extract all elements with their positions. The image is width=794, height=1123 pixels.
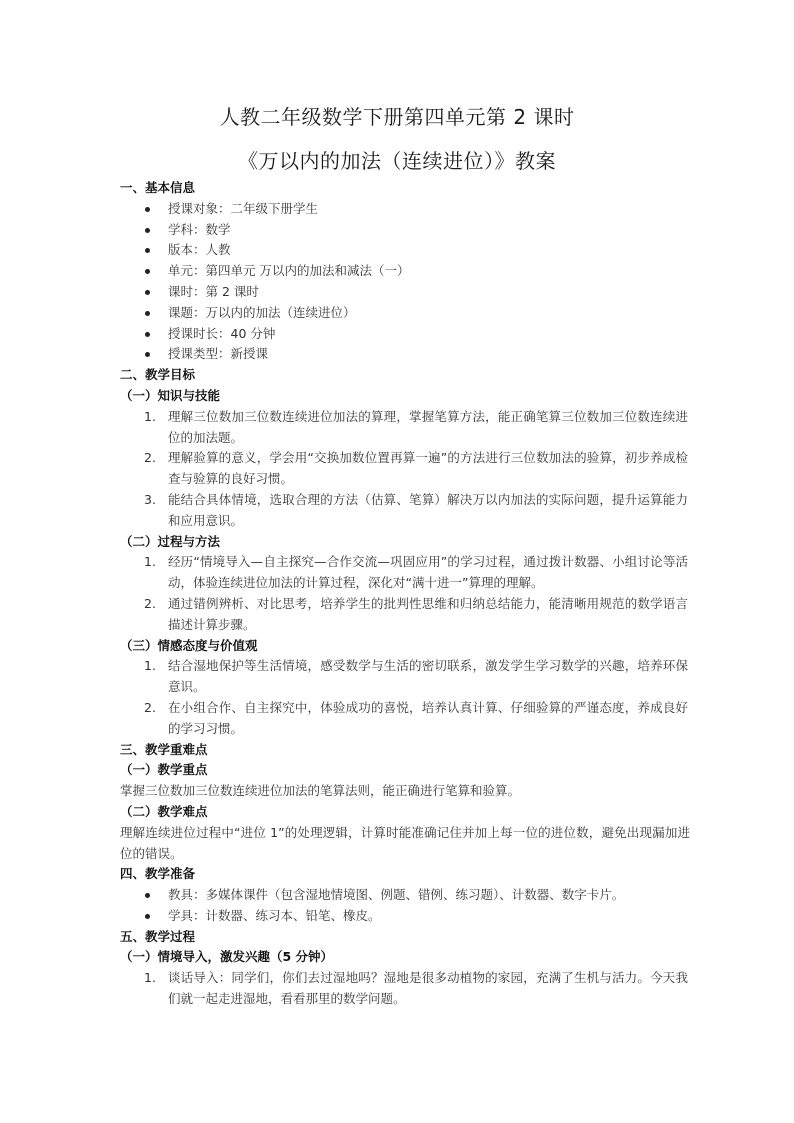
list-item: 授课时长：40 分钟 [120, 324, 690, 345]
section-heading-basic-info: 一、基本信息 [120, 178, 690, 199]
bullet-icon [145, 248, 150, 253]
difficulty-text: 理解连续进位过程中“进位 1”的处理逻辑，计算时能准确记住并加上每一位的进位数，… [120, 823, 690, 865]
list-item: 教具：多媒体课件（包含湿地情境图、例题、错例、练习题）、计数器、数字卡片。 [120, 885, 690, 906]
bullet-icon [145, 914, 150, 919]
list-item: 1.谈话导入：同学们，你们去过湿地吗？湿地是很多动植物的家园，充满了生机与活力。… [120, 968, 690, 1010]
list-item: 课题：万以内的加法（连续进位） [120, 303, 690, 324]
attitude-list: 1.结合湿地保护等生活情境，感受数学与生活的密切联系，激发学生学习数学的兴趣，培… [120, 656, 690, 739]
list-item: 3.能结合具体情境，选取合理的方法（估算、笔算）解决万以内加法的实际问题，提升运… [120, 490, 690, 532]
list-item: 课时：第 2 课时 [120, 282, 690, 303]
list-item: 学科：数学 [120, 220, 690, 241]
list-item: 版本：人教 [120, 240, 690, 261]
list-item: 2.通过错例辨析、对比思考，培养学生的批判性思维和归纳总结能力，能清晰用规范的数… [120, 594, 690, 636]
bullet-icon [145, 311, 150, 316]
list-item: 授课对象：二年级下册学生 [120, 199, 690, 220]
list-item: 2.理解验算的意义，学会用“交换加数位置再算一遍”的方法进行三位数加法的验算，初… [120, 448, 690, 490]
intro-list: 1.谈话导入：同学们，你们去过湿地吗？湿地是很多动植物的家园，充满了生机与活力。… [120, 968, 690, 1010]
subsection-heading-attitude: （三）情感态度与价值观 [120, 636, 690, 657]
subsection-heading-process-method: （二）过程与方法 [120, 532, 690, 553]
focus-text: 掌握三位数加三位数连续进位加法的笔算法则，能正确进行笔算和验算。 [120, 781, 690, 802]
document-title-line2: 《万以内的加法（连续进位）》教案 [0, 145, 794, 174]
subsection-heading-focus: （一）教学重点 [120, 760, 690, 781]
section-heading-objectives: 二、教学目标 [120, 365, 690, 386]
document-page: 人教二年级数学下册第四单元第 2 课时 《万以内的加法（连续进位）》教案 一、基… [0, 0, 794, 1123]
list-item: 2.在小组合作、自主探究中，体验成功的喜悦，培养认真计算、仔细验算的严谨态度，养… [120, 698, 690, 740]
list-item: 学具：计数器、练习本、铅笔、橡皮。 [120, 906, 690, 927]
list-item: 1.理解三位数加三位数连续进位加法的算理，掌握笔算方法，能正确笔算三位数加三位数… [120, 407, 690, 449]
list-item: 授课类型：新授课 [120, 344, 690, 365]
list-item: 1.经历“情境导入—自主探究—合作交流—巩固应用”的学习过程，通过拨计数器、小组… [120, 552, 690, 594]
section-heading-key-points: 三、教学重难点 [120, 740, 690, 761]
list-item: 单元：第四单元 万以内的加法和减法（一） [120, 261, 690, 282]
bullet-icon [145, 290, 150, 295]
bullet-icon [145, 893, 150, 898]
subsection-heading-intro: （一）情境导入，激发兴趣（5 分钟） [120, 947, 690, 968]
knowledge-list: 1.理解三位数加三位数连续进位加法的算理，掌握笔算方法，能正确笔算三位数加三位数… [120, 407, 690, 532]
document-body: 一、基本信息 授课对象：二年级下册学生 学科：数学 版本：人教 单元：第四单元 … [120, 178, 690, 1010]
preparation-list: 教具：多媒体课件（包含湿地情境图、例题、错例、练习题）、计数器、数字卡片。 学具… [120, 885, 690, 927]
section-heading-preparation: 四、教学准备 [120, 864, 690, 885]
section-heading-teaching-process: 五、教学过程 [120, 927, 690, 948]
bullet-icon [145, 269, 150, 274]
subsection-heading-knowledge: （一）知识与技能 [120, 386, 690, 407]
subsection-heading-difficulty: （二）教学难点 [120, 802, 690, 823]
bullet-icon [145, 228, 150, 233]
basic-info-list: 授课对象：二年级下册学生 学科：数学 版本：人教 单元：第四单元 万以内的加法和… [120, 199, 690, 365]
bullet-icon [145, 332, 150, 337]
process-method-list: 1.经历“情境导入—自主探究—合作交流—巩固应用”的学习过程，通过拨计数器、小组… [120, 552, 690, 635]
list-item: 1.结合湿地保护等生活情境，感受数学与生活的密切联系，激发学生学习数学的兴趣，培… [120, 656, 690, 698]
document-title-line1: 人教二年级数学下册第四单元第 2 课时 [0, 101, 794, 130]
bullet-icon [145, 352, 150, 357]
bullet-icon [145, 207, 150, 212]
